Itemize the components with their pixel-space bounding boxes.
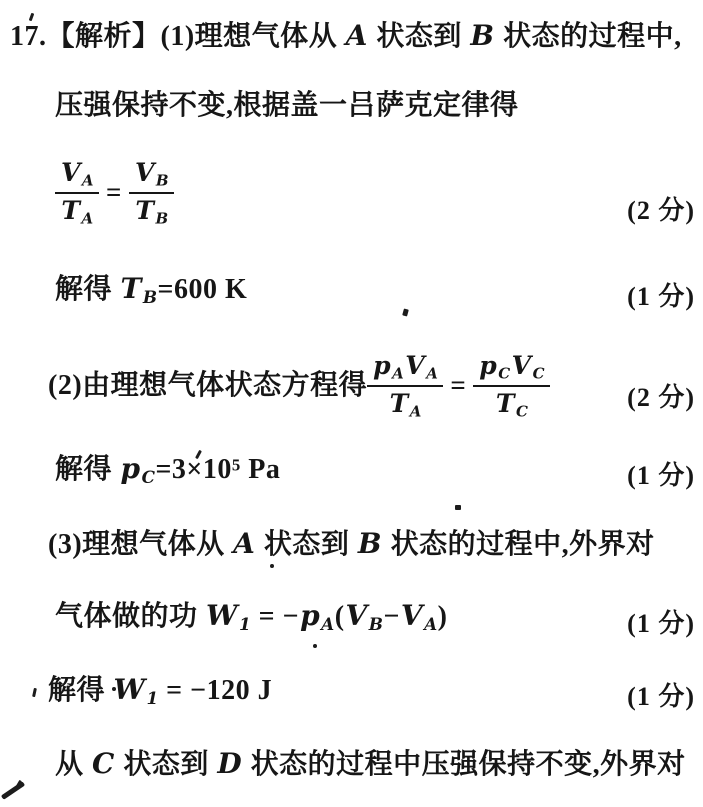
score-label-eq1: (2 分) <box>627 190 695 227</box>
scan-artifact-dot <box>112 687 116 691</box>
fraction-numerator: pAVA <box>367 351 443 387</box>
fraction-numerator: pCVC <box>473 351 550 387</box>
minus-sign: − <box>383 601 399 632</box>
text-segment: 状态的过程中,外界对 <box>383 529 655 560</box>
scan-artifact-pen-stroke <box>1 781 25 800</box>
line-CD-process: 从 C 状态到 D 状态的过程中压强保持不变,外界对 <box>55 748 686 781</box>
text-segment: 气体做的功 <box>55 601 205 632</box>
equals-sign: = <box>450 370 466 401</box>
fraction-denominator: TA <box>367 387 443 421</box>
math-var-B: B <box>469 19 495 52</box>
line-step3-intro: (3)理想气体从 A 状态到 B 状态的过程中,外界对 <box>48 528 655 561</box>
text-segment: = − <box>251 601 299 632</box>
text-segment: 从 <box>55 749 91 780</box>
text-segment: (3)理想气体从 <box>48 529 232 560</box>
math-var-C: C <box>91 747 116 780</box>
fraction-numerator: VA <box>55 158 99 194</box>
line-gay-lussac: 压强保持不变,根据盖一吕萨克定律得 <box>55 90 519 122</box>
math-var-p: p <box>299 599 321 632</box>
math-sub-1: 1 <box>146 688 158 708</box>
paren: ( <box>335 601 345 632</box>
text-segment: =3×10 <box>155 454 231 485</box>
text-segment: = −120 J <box>159 675 272 706</box>
fraction-VB-TB: VB TB <box>129 158 174 228</box>
line-result-W1: 解得 W1 = −120 J <box>48 674 272 708</box>
text-segment: =600 K <box>158 274 248 305</box>
equation-gay-lussac: VA TA = VB TB <box>55 158 174 228</box>
text-segment: 状态的过程中压强保持不变,外界对 <box>243 749 686 780</box>
scan-artifact-dot <box>270 564 274 568</box>
math-var-B: B <box>357 527 383 560</box>
unit-text: Pa <box>241 454 281 485</box>
math-var-T: T <box>120 272 143 305</box>
line-step2-equation: (2)由理想气体状态方程得 pAVA TA = pCVC TC <box>48 346 550 426</box>
text-segment: 状态到 <box>116 749 217 780</box>
line-result-TB: 解得 TB=600 K <box>55 273 247 307</box>
text-segment: 解得 <box>55 274 120 305</box>
text-segment: 解得 <box>55 454 120 485</box>
text-segment: 状态到 <box>256 529 357 560</box>
text-segment: (1)理想气体从 <box>161 21 345 52</box>
fraction-numerator: VB <box>129 158 174 194</box>
fraction-pCVC-TC: pCVC TC <box>473 351 550 421</box>
fraction-denominator: TB <box>129 194 174 228</box>
fraction-denominator: TC <box>473 387 550 421</box>
math-var-D: D <box>216 747 243 780</box>
math-sub-1: 1 <box>239 614 251 634</box>
math-var-A: A <box>232 527 256 560</box>
scan-artifact-dot <box>313 644 317 648</box>
score-label-W1: (1 分) <box>627 676 695 713</box>
text-segment: 状态的过程中, <box>496 21 682 52</box>
fraction-pAVA-TA: pAVA TA <box>367 351 443 421</box>
line-work-equation: 气体做的功 W1 = −pA(VB−VA) <box>55 600 448 634</box>
math-sub-B: B <box>143 287 158 307</box>
line-step1-intro: 17.【解析】(1)理想气体从 A 状态到 B 状态的过程中, <box>10 20 682 53</box>
text-segment: 状态到 <box>369 21 470 52</box>
scan-artifact-dot <box>455 505 461 510</box>
solution-page: 17.【解析】(1)理想气体从 A 状态到 B 状态的过程中, 压强保持不变,根… <box>0 0 703 807</box>
paren: ) <box>438 601 448 632</box>
fraction-VA-TA: VA TA <box>55 158 99 228</box>
line-result-pC: 解得 pC=3×105 Pa <box>55 453 280 487</box>
exponent: 5 <box>232 455 241 474</box>
text-segment: 压强保持不变,根据盖一吕萨克定律得 <box>55 90 519 121</box>
math-sub-A: A <box>424 614 438 634</box>
analysis-tag: 【解析】 <box>47 21 161 52</box>
math-var-V: V <box>400 599 424 632</box>
math-sub-B: B <box>369 614 384 634</box>
math-var-V: V <box>345 599 369 632</box>
scan-artifact-comma <box>32 688 37 697</box>
text-segment: 解得 <box>48 675 113 706</box>
score-label-eq2: (2 分) <box>627 377 695 414</box>
math-var-W: W <box>205 599 239 632</box>
math-var-p: p <box>120 452 142 485</box>
score-label-work: (1 分) <box>627 603 695 640</box>
math-var-A: A <box>345 19 369 52</box>
score-label-pC: (1 分) <box>627 455 695 492</box>
score-label-TB: (1 分) <box>627 276 695 313</box>
problem-number: 17. <box>10 21 47 52</box>
text-segment: (2)由理想气体状态方程得 <box>48 370 367 402</box>
equals-sign: = <box>106 177 122 207</box>
math-var-W: W <box>113 673 147 706</box>
math-sub-A: A <box>321 614 335 634</box>
scan-artifact-dot <box>402 308 409 316</box>
math-sub-C: C <box>142 467 156 487</box>
fraction-denominator: TA <box>55 194 99 228</box>
